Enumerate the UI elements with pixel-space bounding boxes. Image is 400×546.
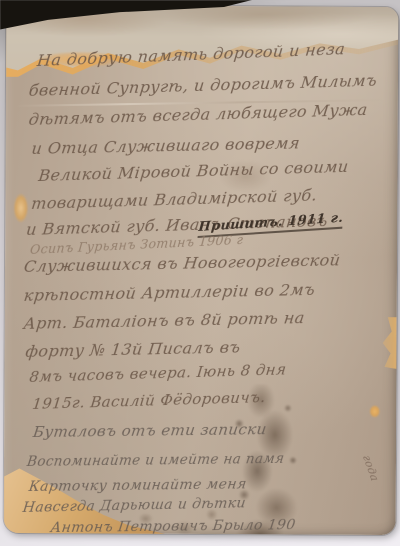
handwriting-line: бвенной Супругѣ, и дорогимъ Милымъ [28, 71, 378, 100]
handwriting-line: форту № 13й Писалъ въ [24, 338, 241, 362]
handwriting-line: крѣпостной Артиллеріи во 2мъ [23, 280, 317, 305]
handwriting-line: Навсегда Дарьюша и дѣтки [22, 495, 247, 516]
scanned-postcard-photo: На добрую память дорогой и неза бвенной … [0, 0, 400, 546]
handwriting-edge-note: года [360, 454, 382, 483]
handwriting-line: Воспоминайте и имейте на памя [26, 451, 285, 470]
handwriting: На добрую память дорогой и неза бвенной … [4, 5, 399, 535]
handwriting-line: Арт. Баталіонъ въ 8й ротѣ на [23, 308, 306, 333]
handwriting-line: Карточку поминайте меня [28, 476, 248, 495]
handwriting-line: Антонъ Петровичъ Брыло 190 [50, 517, 297, 535]
handwriting-line: Буталовъ отъ ети записки [32, 420, 268, 441]
handwriting-line: и Отца Служившаго вовремя [30, 133, 301, 158]
handwriting-line: дѣтямъ отъ всегда любящего Мужа [28, 100, 369, 129]
handwriting-line: 8мъ часовъ вечера. Іюнь 8 дня [28, 360, 287, 386]
handwriting-line: товарищами Владимірской губ. [30, 186, 318, 214]
postcard: На добрую память дорогой и неза бвенной … [4, 5, 399, 535]
handwriting-line: На добрую память дорогой и неза [36, 39, 346, 70]
handwriting-line: Великой Міровой Войны со своими [37, 157, 349, 185]
handwriting-line: 1915г. Василій Фёдоровичъ. [31, 388, 266, 413]
